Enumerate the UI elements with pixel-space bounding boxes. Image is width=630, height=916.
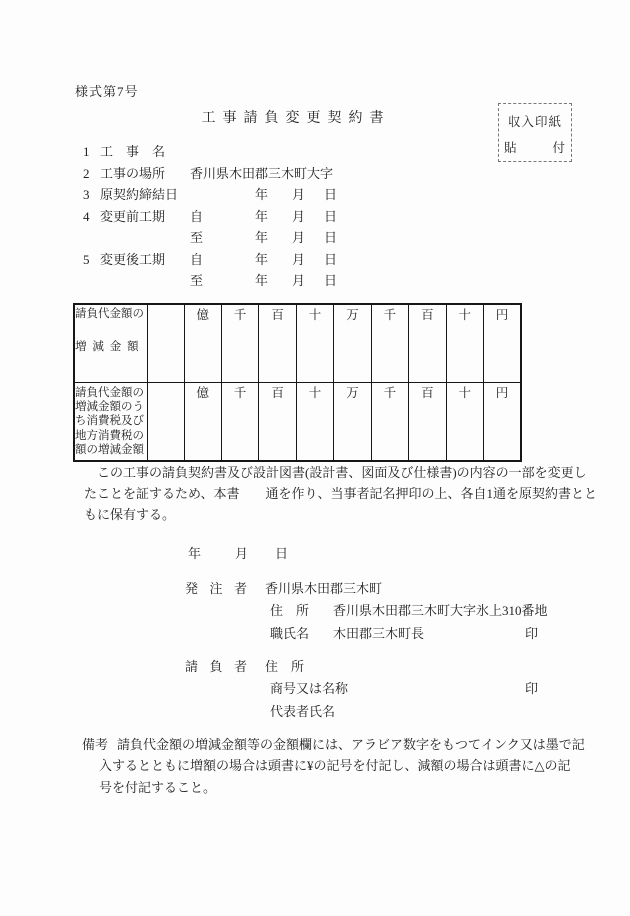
orderer-name: 香川県木田郡三木町 [265, 581, 382, 596]
digit-col-man: 万 [334, 383, 371, 462]
remarks-text: 号を付記すること。 [82, 777, 585, 798]
unit-day: 日 [324, 252, 337, 267]
row-label-line: 額の増減金額 [75, 443, 147, 457]
digit-col-ju2: 十 [446, 383, 483, 462]
remarks-block: 備考請負代金額の増減金額等の金額欄には、アラビア数字をもつてインク又は墨で記 入… [82, 734, 585, 798]
orderer-signature-block: 発 注 者香川県木田郡三木町 住 所香川県木田郡三木町大字氷上310番地 職氏名… [185, 578, 548, 645]
unit-month: 月 [292, 206, 324, 228]
item-number: 5 [83, 249, 100, 271]
closing-line: この工事の請負契約書及び設計図書(設計書、図面及び仕様書)の内容の一部を変更し [84, 463, 597, 484]
company-name-label: 商号又は名称 [270, 681, 348, 696]
execution-date-line: 年月日 [188, 543, 288, 562]
item-row-work-name: 1工 事 名 [83, 141, 337, 163]
unit-month: 月 [292, 270, 324, 292]
remarks-first-line: 備考請負代金額の増減金額等の金額欄には、アラビア数字をもつてインク又は墨で記 [82, 734, 585, 755]
item-number: 2 [83, 163, 100, 185]
closing-line: もに保有する。 [84, 505, 597, 526]
numbered-item-list: 1工 事 名 2工事の場所香川県木田郡三木町大字 3原契約締結日年月日 4変更前… [83, 141, 337, 292]
title-name-label: 職氏名 [270, 623, 333, 645]
orderer-role-label: 発 注 者 [185, 578, 247, 600]
digit-col-hyaku: 百 [259, 304, 296, 383]
row-label-line: 請負代金額の [75, 305, 147, 321]
unit-year: 年 [255, 206, 292, 228]
address-label: 住 所 [265, 659, 304, 674]
contractor-name-row: 商号又は名称印 [185, 678, 348, 700]
digit-col-hyaku2: 百 [409, 304, 446, 383]
unit-year: 年 [255, 184, 292, 206]
unit-year: 年 [255, 270, 292, 292]
digit-col-sen: 千 [221, 383, 258, 462]
row-label-line: 地方消費税の [75, 429, 147, 443]
digit-col-ju2: 十 [446, 304, 483, 383]
table-row-tax-change: 請負代金額の 増減金額のう ち消費税及び 地方消費税の 額の増減金額 億 千 百… [74, 383, 521, 462]
date-prefix: 自 [190, 249, 255, 271]
digit-col-man: 万 [334, 304, 371, 383]
unit-day: 日 [324, 209, 337, 224]
row-label-line: 増減金額のう [75, 400, 147, 414]
orderer-address: 香川県木田郡三木町大字氷上310番地 [333, 603, 548, 618]
item-label: 変更後工期 [100, 249, 190, 271]
closing-paragraph: この工事の請負契約書及び設計図書(設計書、図面及び仕様書)の内容の一部を変更し … [84, 463, 597, 525]
item-row-period-after-to: 至年月日 [83, 270, 337, 292]
contract-change-form-page: 様式第7号 工事請負変更契約書 収入印紙 貼 付 1工 事 名 2工事の場所香川… [0, 0, 630, 916]
orderer-title-row: 職氏名木田郡三木町長印 [185, 623, 548, 645]
unit-year: 年 [255, 249, 292, 271]
unit-day: 日 [324, 230, 337, 245]
remarks-label: 備考 [82, 734, 117, 755]
address-label: 住 所 [270, 600, 333, 622]
row-label-line: ち消費税及び [75, 414, 147, 428]
unit-month: 月 [292, 249, 324, 271]
row-label-line: 請負代金額の [75, 386, 147, 400]
seal-mark: 印 [525, 678, 538, 700]
sign-entry-cell [147, 383, 184, 462]
digit-col-en: 円 [484, 304, 522, 383]
item-row-period-before-to: 至年月日 [83, 227, 337, 249]
item-row-period-after-from: 5変更後工期自年月日 [83, 249, 337, 271]
item-value: 香川県木田郡三木町大字 [190, 166, 333, 181]
date-prefix: 至 [190, 227, 255, 249]
orderer-title-value: 木田郡三木町長 [333, 626, 424, 641]
unit-month: 月 [292, 184, 324, 206]
unit-year: 年 [255, 227, 292, 249]
unit-day: 日 [324, 273, 337, 288]
contractor-signature-block: 請 負 者住 所 商号又は名称印 代表者氏名 [185, 656, 348, 723]
form-number: 様式第7号 [75, 81, 139, 100]
stamp-box-line1: 収入印紙 [504, 110, 566, 134]
item-row-original-contract-date: 3原契約締結日年月日 [83, 184, 337, 206]
unit-month: 月 [235, 543, 275, 562]
stamp-box-line2: 貼 付 [504, 136, 566, 160]
digit-col-ju: 十 [296, 383, 333, 462]
row-label-line: 増 減 金 額 [75, 338, 147, 354]
representative-label: 代表者氏名 [270, 704, 335, 719]
sign-entry-cell [147, 304, 184, 383]
row-label-cell: 請負代金額の 増 減 金 額 [74, 304, 147, 383]
item-row-period-before-from: 4変更前工期自年月日 [83, 206, 337, 228]
date-prefix: 至 [190, 270, 255, 292]
item-label: 原契約締結日 [100, 184, 190, 206]
item-number: 4 [83, 206, 100, 228]
orderer-role-row: 発 注 者香川県木田郡三木町 [185, 578, 548, 600]
item-label: 工事の場所 [100, 163, 190, 185]
unit-year: 年 [188, 543, 235, 562]
digit-col-sen2: 千 [371, 383, 408, 462]
amount-change-table: 請負代金額の 増 減 金 額 億 千 百 十 万 千 百 十 円 請負代金額の … [73, 303, 522, 462]
digit-col-hyaku: 百 [259, 383, 296, 462]
closing-line: たことを証するため、本書 通を作り、当事者記名押印の上、各自1通を原契約書とと [84, 484, 597, 505]
digit-col-sen: 千 [221, 304, 258, 383]
digit-col-oku: 億 [184, 383, 221, 462]
revenue-stamp-box: 収入印紙 貼 付 [498, 103, 572, 162]
unit-month: 月 [292, 227, 324, 249]
digit-col-hyaku2: 百 [409, 383, 446, 462]
row-label-cell: 請負代金額の 増減金額のう ち消費税及び 地方消費税の 額の増減金額 [74, 383, 147, 462]
digit-col-ju: 十 [296, 304, 333, 383]
digit-col-en: 円 [484, 383, 522, 462]
contractor-role-row: 請 負 者住 所 [185, 656, 348, 678]
remarks-text: 入するとともに増額の場合は頭書に¥の記号を付記し、減額の場合は頭書に△の記 [82, 755, 585, 776]
item-label: 変更前工期 [100, 206, 190, 228]
date-prefix: 自 [190, 206, 255, 228]
item-number: 3 [83, 184, 100, 206]
digit-col-sen2: 千 [371, 304, 408, 383]
digit-col-oku: 億 [184, 304, 221, 383]
item-row-work-place: 2工事の場所香川県木田郡三木町大字 [83, 163, 337, 185]
contractor-role-label: 請 負 者 [185, 656, 247, 678]
remarks-text: 請負代金額の増減金額等の金額欄には、アラビア数字をもつてインク又は墨で記 [117, 737, 585, 752]
table-row-amount-change: 請負代金額の 増 減 金 額 億 千 百 十 万 千 百 十 円 [74, 304, 521, 383]
item-number: 1 [83, 141, 100, 163]
seal-mark: 印 [525, 623, 538, 645]
orderer-address-row: 住 所香川県木田郡三木町大字氷上310番地 [185, 600, 548, 622]
unit-day: 日 [324, 187, 337, 202]
contractor-representative-row: 代表者氏名 [185, 701, 348, 723]
item-label: 工 事 名 [100, 141, 190, 163]
unit-day: 日 [275, 546, 288, 561]
